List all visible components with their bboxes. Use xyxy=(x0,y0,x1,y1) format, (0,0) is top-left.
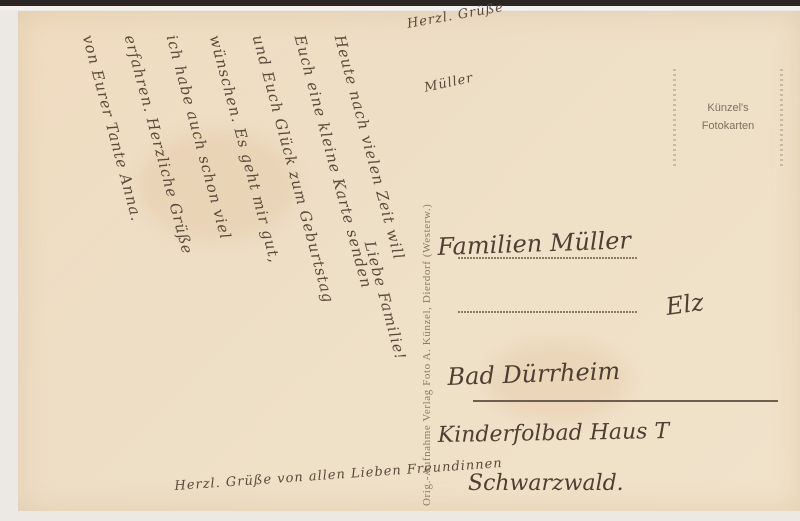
message-closing: Herzl. Grüße von allen Lieben Freundinne… xyxy=(174,456,503,494)
postcard-back: Liebe Familie! Heute nach vielen Zeit wi… xyxy=(18,11,800,511)
address-rule xyxy=(473,400,778,402)
stamp-box-border xyxy=(673,69,676,169)
publisher-imprint: Orig.-Aufnahme Verlag Foto A. Künzel, Di… xyxy=(421,204,433,506)
address-line-town: Elz xyxy=(664,288,705,321)
address-line-name: Familien Müller xyxy=(437,226,631,261)
message-top-note: Müller xyxy=(423,71,475,96)
stamp-box: Künzel's Fotokarten xyxy=(673,69,783,169)
scan-top-margin xyxy=(0,6,800,10)
address-rule xyxy=(458,311,638,313)
stamp-box-border xyxy=(780,69,783,169)
address-line-house: Kinderfolbad Haus T xyxy=(438,419,670,448)
stamp-box-subtitle: Fotokarten xyxy=(673,120,783,132)
address-line-region: Schwarzwald. xyxy=(468,471,624,496)
stamp-box-brand: Künzel's xyxy=(673,102,783,114)
